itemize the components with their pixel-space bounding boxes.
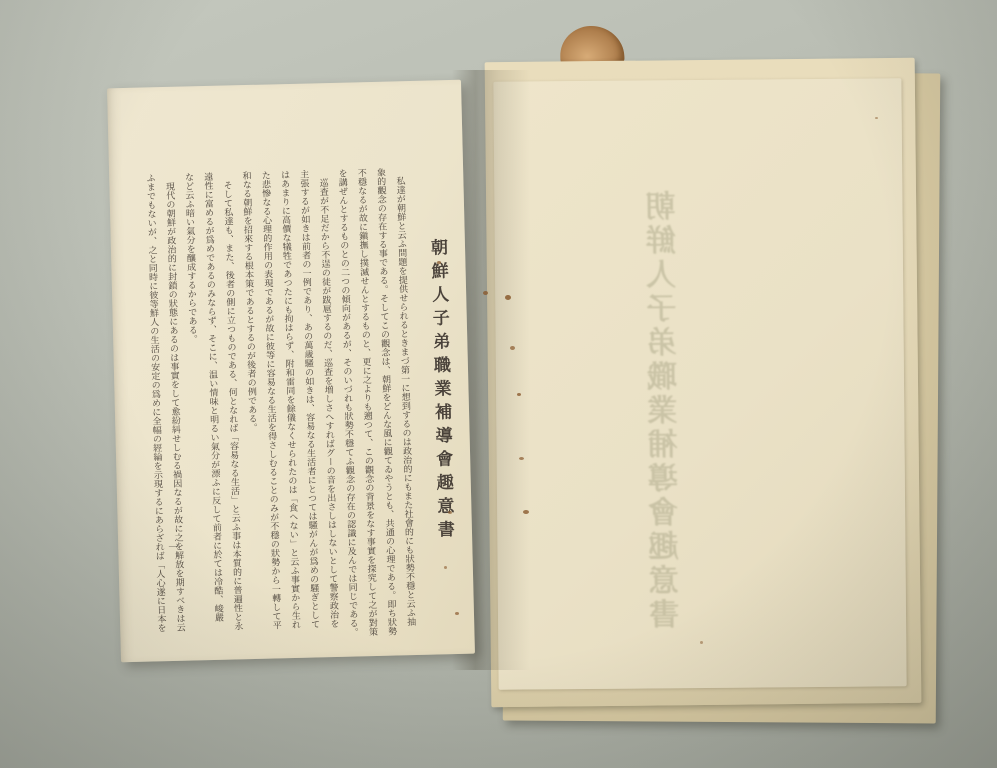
foxing-spot xyxy=(448,511,452,514)
foxing-spot xyxy=(875,117,878,119)
foxing-spot xyxy=(700,641,703,644)
page-number: 一 xyxy=(168,539,179,555)
foxing-spot xyxy=(444,566,447,569)
photo-of-open-booklet: 朝鮮人子弟職業補導會趣意書 朝鮮人子弟職業補導會趣意書 私達が朝鮮と云ふ問題を提… xyxy=(0,0,997,768)
foxing-spot xyxy=(523,510,529,514)
foxing-spot xyxy=(510,346,515,350)
vertical-text-block: 朝鮮人子弟職業補導會趣意書 私達が朝鮮と云ふ問題を提供せられるときまづ第一に想到… xyxy=(140,166,462,625)
foxing-spot xyxy=(519,457,524,460)
foxing-spot xyxy=(455,612,459,615)
bleedthrough-title-text: 朝鮮人子弟職業補導會趣意書 xyxy=(634,190,698,671)
foxing-spot xyxy=(437,261,441,264)
foxing-spot xyxy=(505,295,511,300)
document-title: 朝鮮人子弟職業補導會趣意書 xyxy=(419,166,462,619)
foxing-spot xyxy=(517,393,521,396)
foxing-spot xyxy=(483,291,488,295)
left-page: 朝鮮人子弟職業補導會趣意書 私達が朝鮮と云ふ問題を提供せられるときまづ第一に想到… xyxy=(107,80,475,662)
right-page: 朝鮮人子弟職業補導會趣意書 xyxy=(493,78,906,690)
